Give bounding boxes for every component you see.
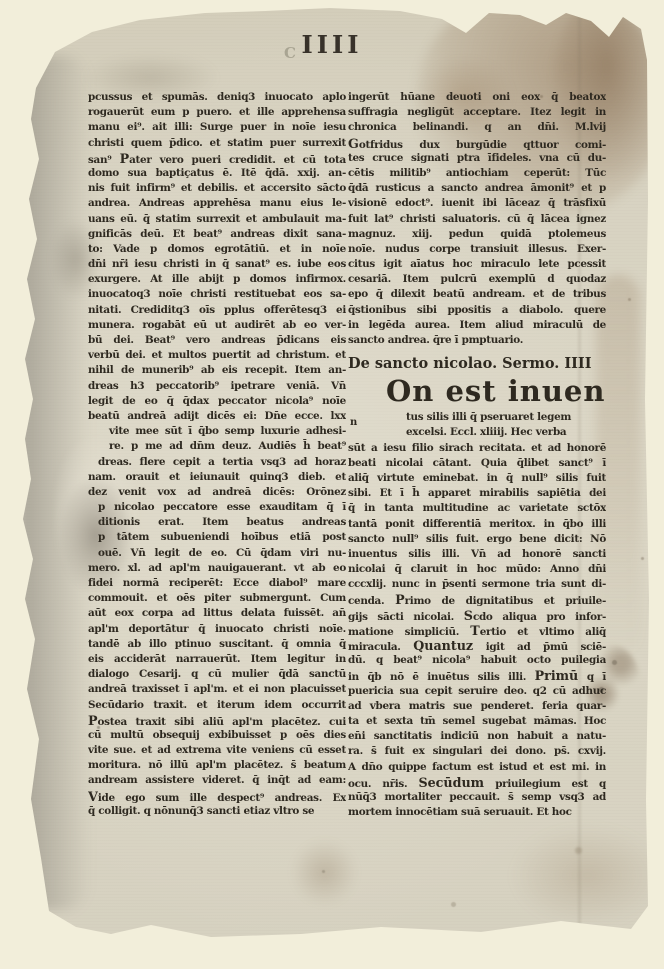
text-column-left: pcussus et spumās. deniq3 inuocato aplor… xyxy=(88,90,346,819)
text-line: cētis militib⁹ antiochiam ceperūt: Tūc xyxy=(348,166,606,181)
text-line: moritura. nō illū apl'm placētez. s̄ bea… xyxy=(88,758,346,773)
text-line: andreā traxisset ī apl'm. et ei non plac… xyxy=(88,682,346,697)
text-line: in q̄b nō ē inuētus silis illi. Primū q … xyxy=(348,668,606,683)
text-line: christi quem p̄dico. et statim puer surr… xyxy=(88,136,346,151)
stain-bottom-middle xyxy=(292,840,357,905)
text-line: san⁹ Pater vero pueri credidit. et cū to… xyxy=(88,151,346,166)
text-line: Postea traxit sibi aliū apl'm placētez. … xyxy=(88,713,346,728)
text-line: tantā ponit differentiā meritox. in q̄bo… xyxy=(348,517,606,532)
text-line: cenda. Primo de dignitatibus et priuile- xyxy=(348,592,606,607)
text-line: to: Vade p domos egrotātiū. et in noīe xyxy=(88,242,346,257)
text-line: ingerūt hūane deuoti oni eox q̄ beatox xyxy=(348,90,606,105)
section-heading: De sancto nicolao. Sermo. IIII xyxy=(348,354,606,374)
scan-background: { "header": { "folio": "IIII", "ghost_ma… xyxy=(0,0,664,969)
lombard-initial: P xyxy=(88,713,98,728)
text-line: domo sua baptiçatus ē. Itē q̄dā. xxij. a… xyxy=(88,166,346,181)
text-line: citus igit aīatus hoc miraculo lete pces… xyxy=(348,257,606,272)
text-line: cū multū obsequij exbibuisset p oēs dies xyxy=(88,728,346,743)
text-line: dreas h3 peccatorib⁹ ipetrare veniā. Vn̄ xyxy=(88,379,346,394)
text-line: nitati. Crediditq3 oīs pplus offerētesq3… xyxy=(88,303,346,318)
text-line: noīe. nudus corpe transiuit illesus. Exe… xyxy=(348,242,606,257)
text-line: verbū dei. et multos puertit ad christum… xyxy=(88,348,346,363)
text-line: puericia sua cepit seruire deo. q2 cū ad… xyxy=(348,684,606,699)
text-line: bū dei. Beat⁹ vero andreas p̄dicans eis xyxy=(88,333,346,348)
text-line: sibi. Et ī h̄ apparet mirabilis sapiētia… xyxy=(348,486,606,501)
lombard-initial: G xyxy=(348,136,359,151)
text-line: p tātem subueniendi hoībus etiā post xyxy=(88,530,346,545)
text-line: legit de eo q̄ q̄dax peccator nicola⁹ no… xyxy=(88,394,346,409)
text-line: nam. orauit et ieiunauit quinq3 dieb. et xyxy=(88,470,346,485)
text-line: p nicolao peccatore esse exauditam q̄ ī xyxy=(88,500,346,515)
text-line: inuocatoq3 noīe christi restituebat eos … xyxy=(88,287,346,302)
text-line: q̄ colligit. q nōnunq̄3 sancti etiaz vlt… xyxy=(88,804,346,819)
lombard-initial: T xyxy=(470,623,479,638)
text-line: nūq̄3 mortaliter peccauit. s̄ semp vsq3 … xyxy=(348,790,606,805)
text-line: apl'm deportātur q̄ inuocato christi noī… xyxy=(88,622,346,637)
text-line: sancto andrea. q̄re ī pmptuario. xyxy=(348,333,606,348)
text-line: Gotfridus dux burgūdie qttuor comi- xyxy=(348,136,606,151)
text-line: exurgere. At ille abijt p domos infirmox… xyxy=(88,272,346,287)
text-line: munera. rogabāt eū ut audirēt ab eo ver- xyxy=(88,318,346,333)
lombard-initial: P xyxy=(120,151,130,166)
text-line: q̄stionibus sibi ppositis a diabolo. que… xyxy=(348,303,606,318)
text-line: nicolai q̄ claruit in hoc mūdo: Anno dn̄… xyxy=(348,562,606,577)
lombard-initial: P xyxy=(395,592,405,607)
folio-number: IIII xyxy=(0,30,664,59)
text-line: visionē edoct⁹. iuenit ibi lāceaz q̄ trā… xyxy=(348,196,606,211)
text-line: mortem innocētiam suā seruauit. Et hoc xyxy=(348,805,606,820)
text-line: inuentus silis illi. Vn̄ ad honorē sanct… xyxy=(348,547,606,562)
text-line: q̄ in tanta multitudine ac varietate sct… xyxy=(348,501,606,516)
text-line: ocu. nr̄is. Secūdum priuilegium est q xyxy=(348,775,606,790)
text-line: fidei normā reciperēt: Ecce diabol⁹ mare xyxy=(88,576,346,591)
text-line: A dn̄o quippe factum est istud et est mi… xyxy=(348,760,606,775)
text-line: dū. q beat⁹ nicola⁹ habuit octo puilegia xyxy=(348,653,606,668)
text-line: re. p me ad dn̄m deuz. Audiēs h̄ beat⁹ xyxy=(88,439,346,454)
text-line: ditionis erat. Item beatus andreas xyxy=(88,515,346,530)
text-line: dn̄i nr̄i iesu christi in q̄ sanat⁹ es. … xyxy=(88,257,346,272)
text-line: tes cruce signati ptra īfideles. vna cū … xyxy=(348,151,606,166)
text-line: q̄dā rusticus a sancto andrea āmonit⁹ et… xyxy=(348,181,606,196)
text-line: ouē. Vn̄ legit de eo. Cū q̄dam viri nu- xyxy=(88,546,346,561)
sermon-incipit: On est inuen xyxy=(348,374,606,410)
text-line: nihil de munerib⁹ ab eis recepit. Item a… xyxy=(88,363,346,378)
text-line: commouit. et oēs piter submergunt. Cum xyxy=(88,591,346,606)
page-scan: C IIII pcussus et spumās. deniq3 inuocat… xyxy=(0,0,664,969)
text-line: dialogo Cesarij. q cū mulier q̄dā sanctū xyxy=(88,667,346,682)
text-line: epo q̄ dilexit beatū andream. et de trib… xyxy=(348,287,606,302)
stain-bottom-right xyxy=(515,828,660,923)
text-line: ra. s̄ fuit ex singulari dei dono. ps̄. … xyxy=(348,744,606,759)
text-line: matione simpliciū. Tertio et vltimo aliq… xyxy=(348,623,606,638)
text-line: cccxlij. nunc in p̄senti sermone tria su… xyxy=(348,577,606,592)
text-line: tandē ab illo ptinuo suscitant. q̄ omnia… xyxy=(88,637,346,652)
text-line: ta et sexta tm̄ semel sugebat māmas. Hoc xyxy=(348,714,606,729)
text-line: en̄i sanctitatis indiciū non habuit a na… xyxy=(348,729,606,744)
text-line: Vide ego sum ille despect⁹ andreas. Ex xyxy=(88,789,346,804)
text-line: excelsi. Eccl. xliiij. Hec verba xyxy=(348,425,606,440)
text-line: nis fuit infirm⁹ et debilis. et accersit… xyxy=(88,181,346,196)
lombard-initial: Primū xyxy=(535,668,579,683)
text-line: manu ei⁹. ait illi: Surge puer in noīe i… xyxy=(88,120,346,135)
text-line: dreas. flere cepit a tertia vsq3 ad hora… xyxy=(88,455,346,470)
text-line: in legēda aurea. Item aliud miraculū de xyxy=(348,318,606,333)
text-line: fuit lat⁹ christi saluatoris. cū q̄ lāce… xyxy=(348,212,606,227)
text-line: rogauerūt eum p puero. et ille apprehens… xyxy=(88,105,346,120)
text-line: chronica belinandi. q an dn̄i. M.lvij xyxy=(348,120,606,135)
text-line: beati nicolai cātant. Quia q̄libet sanct… xyxy=(348,456,606,471)
text-line: miracula. Quantuz igit ad p̄mū sciē- xyxy=(348,638,606,653)
text-line: eis acciderāt narrauerūt. Item legitur i… xyxy=(88,652,346,667)
text-line: vite mee sūt ī q̄bo semp luxurie adhesi- xyxy=(88,424,346,439)
text-line: sancto null⁹ silis fuit. ergo bene dicit… xyxy=(348,532,606,547)
text-line: gijs sācti nicolai. Scdo aliqua pro info… xyxy=(348,608,606,623)
initial-guide-letter: n xyxy=(350,417,357,428)
paper-leaf: C IIII pcussus et spumās. deniq3 inuocat… xyxy=(0,0,664,955)
text-line: ad vbera matris sue penderet. feria quar… xyxy=(348,699,606,714)
lombard-initial: Secūdum xyxy=(418,775,484,790)
text-line: uans eū. q̄ statim surrexit et ambulauit… xyxy=(88,212,346,227)
text-line: gnificās deū. Et beat⁹ andreas dixit san… xyxy=(88,227,346,242)
text-line: tus silis illi q̄ pseruaret legem xyxy=(348,410,606,425)
text-line: dez venit vox ad andreā dicēs: Orōnez xyxy=(88,485,346,500)
text-line: magnuz. xiij. pedun quidā ptolemeus xyxy=(348,227,606,242)
lombard-initial: S xyxy=(464,608,473,623)
text-line: beatū andreā adijt dicēs ei: Dn̄e ecce. … xyxy=(88,409,346,424)
text-line: andrea. Andreas apprehēsa manu eius le- xyxy=(88,196,346,211)
text-line: cesariā. Item pulcrū exemplū d quodaz xyxy=(348,272,606,287)
ink-specks xyxy=(0,0,3,3)
lombard-initial: V xyxy=(88,789,98,804)
text-line: sūt a iesu filio sirach recitata. et ad … xyxy=(348,441,606,456)
text-line: vite sue. et ad extrema vite veniens cū … xyxy=(88,743,346,758)
text-line: aliq̄ virtute eminebat. in q̄ null⁹ sili… xyxy=(348,471,606,486)
torn-left-edge-shading xyxy=(18,55,90,910)
text-line: Secūdario traxit. et iterum idem occurri… xyxy=(88,698,346,713)
text-line: aūt eox corpa ad littus delata fuissēt. … xyxy=(88,606,346,621)
text-column-right: n ingerūt hūane deuoti oni eox q̄ beatox… xyxy=(348,90,606,820)
text-line: suffragia negligūt acceptare. Itez legit… xyxy=(348,105,606,120)
lombard-initial: Quantuz xyxy=(413,638,473,653)
text-line: andream assistere videret. q̄ inq̄t ad e… xyxy=(88,773,346,788)
text-line: pcussus et spumās. deniq3 inuocato aplo xyxy=(88,90,346,105)
text-line: mero. xl. ad apl'm nauigauerant. vt ab e… xyxy=(88,561,346,576)
